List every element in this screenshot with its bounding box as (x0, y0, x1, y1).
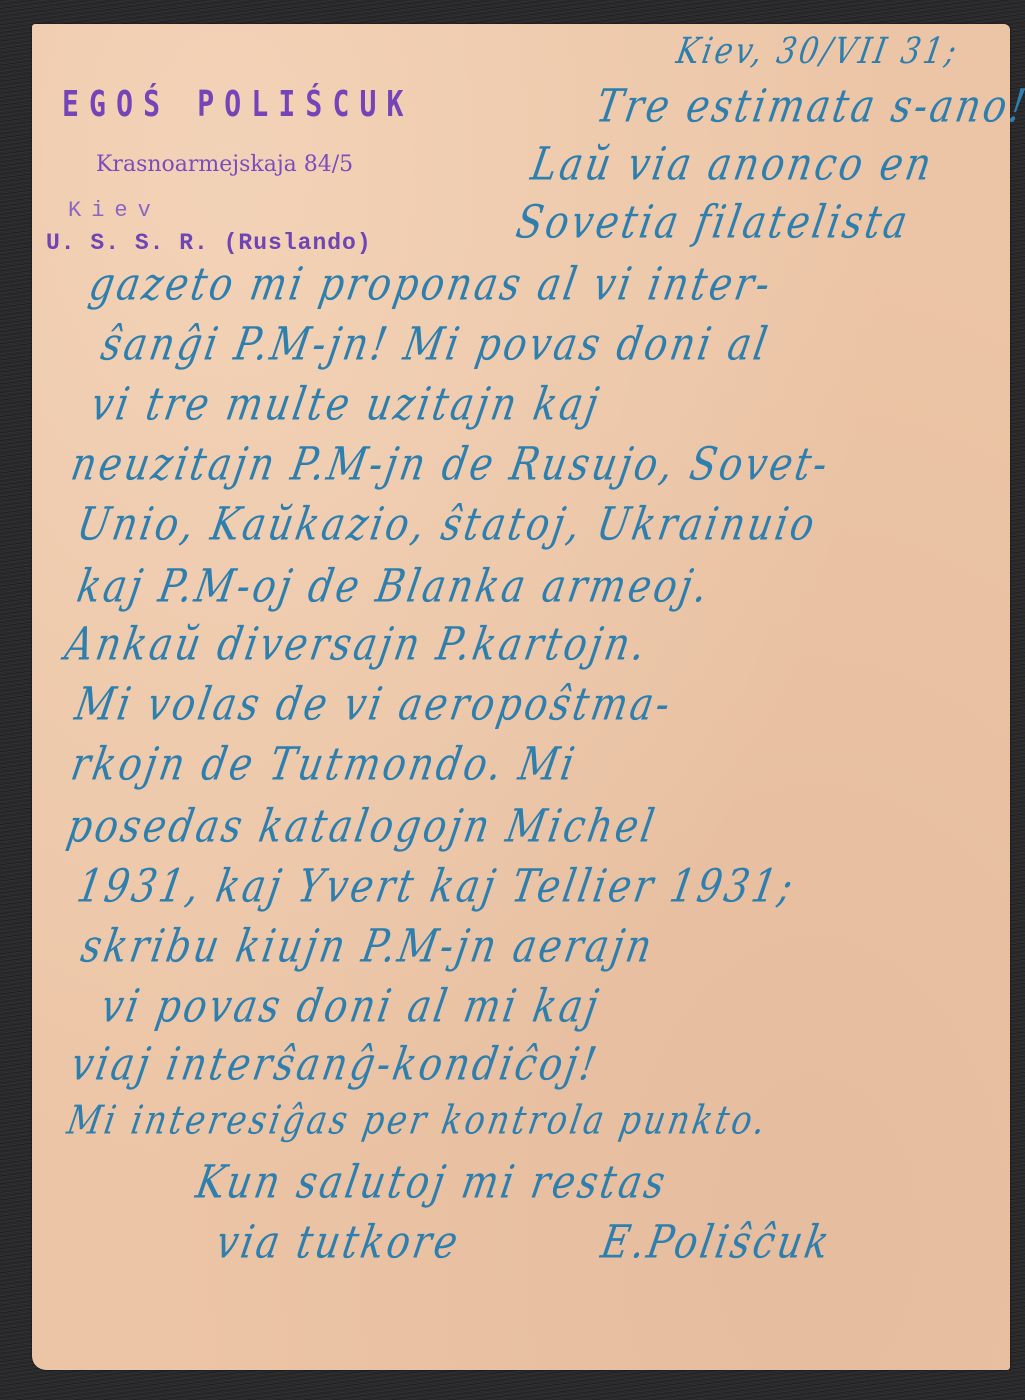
handwritten-line: Sovetia filatelista (512, 196, 914, 249)
handwritten-closing: Kun salutoj mi restas (192, 1156, 672, 1209)
postcard: EGOŚ POLIŚCUK Krasnoarmejskaja 84/5 Kiev… (32, 24, 1010, 1370)
handwritten-date: Kiev, 30/VII 31; (673, 31, 962, 73)
handwritten-line: Mi interesiĝas per kontrola punkto. (64, 1096, 772, 1143)
handwritten-signature: E.Poliŝĉuk (597, 1216, 836, 1269)
handwritten-line: Laŭ via anonco en (527, 138, 938, 191)
handwritten-line: ŝanĝi P.M-jn! Mi povas doni al (97, 318, 774, 371)
handwritten-line: vi tre multe uzitajn kaj (87, 378, 605, 431)
handwritten-line: kaj P.M-oj de Blanka armeoj. (73, 560, 714, 613)
handwritten-closing: via tutkore (212, 1216, 464, 1269)
handwritten-line: viaj interŝanĝ-kondiĉoj! (67, 1038, 603, 1091)
return-address-stamp-street: Krasnoarmejskaja 84/5 (96, 152, 353, 177)
return-address-stamp-country: U. S. S. R. (Ruslando) (46, 230, 372, 256)
handwritten-line: Tre estimata s-ano! (592, 80, 1025, 133)
handwritten-line: skribu kiujn P.M-jn aerajn (77, 920, 658, 973)
handwritten-line: rkojn de Tutmondo. Mi (67, 738, 581, 791)
return-address-stamp-city: Kiev (68, 198, 161, 223)
handwritten-line: neuzitajn P.M-jn de Rusujo, Sovet- (67, 438, 834, 491)
handwritten-line: vi povas doni al mi kaj (97, 980, 604, 1033)
handwritten-line: Ankaŭ diversajn P.kartojn. (61, 618, 652, 671)
return-address-stamp-name: EGOŚ POLIŚCUK (62, 84, 414, 125)
handwritten-line: posedas katalogojn Michel (63, 800, 661, 853)
handwritten-line: 1931, kaj Yvert kaj Tellier 1931; (73, 860, 799, 913)
handwritten-line: gazeto mi proponas al vi inter- (85, 258, 777, 311)
handwritten-line: Mi volas de vi aeropoŝtma- (71, 678, 676, 731)
handwritten-line: Unio, Kaŭkazio, ŝtatoj, Ukrainuio (73, 498, 821, 551)
